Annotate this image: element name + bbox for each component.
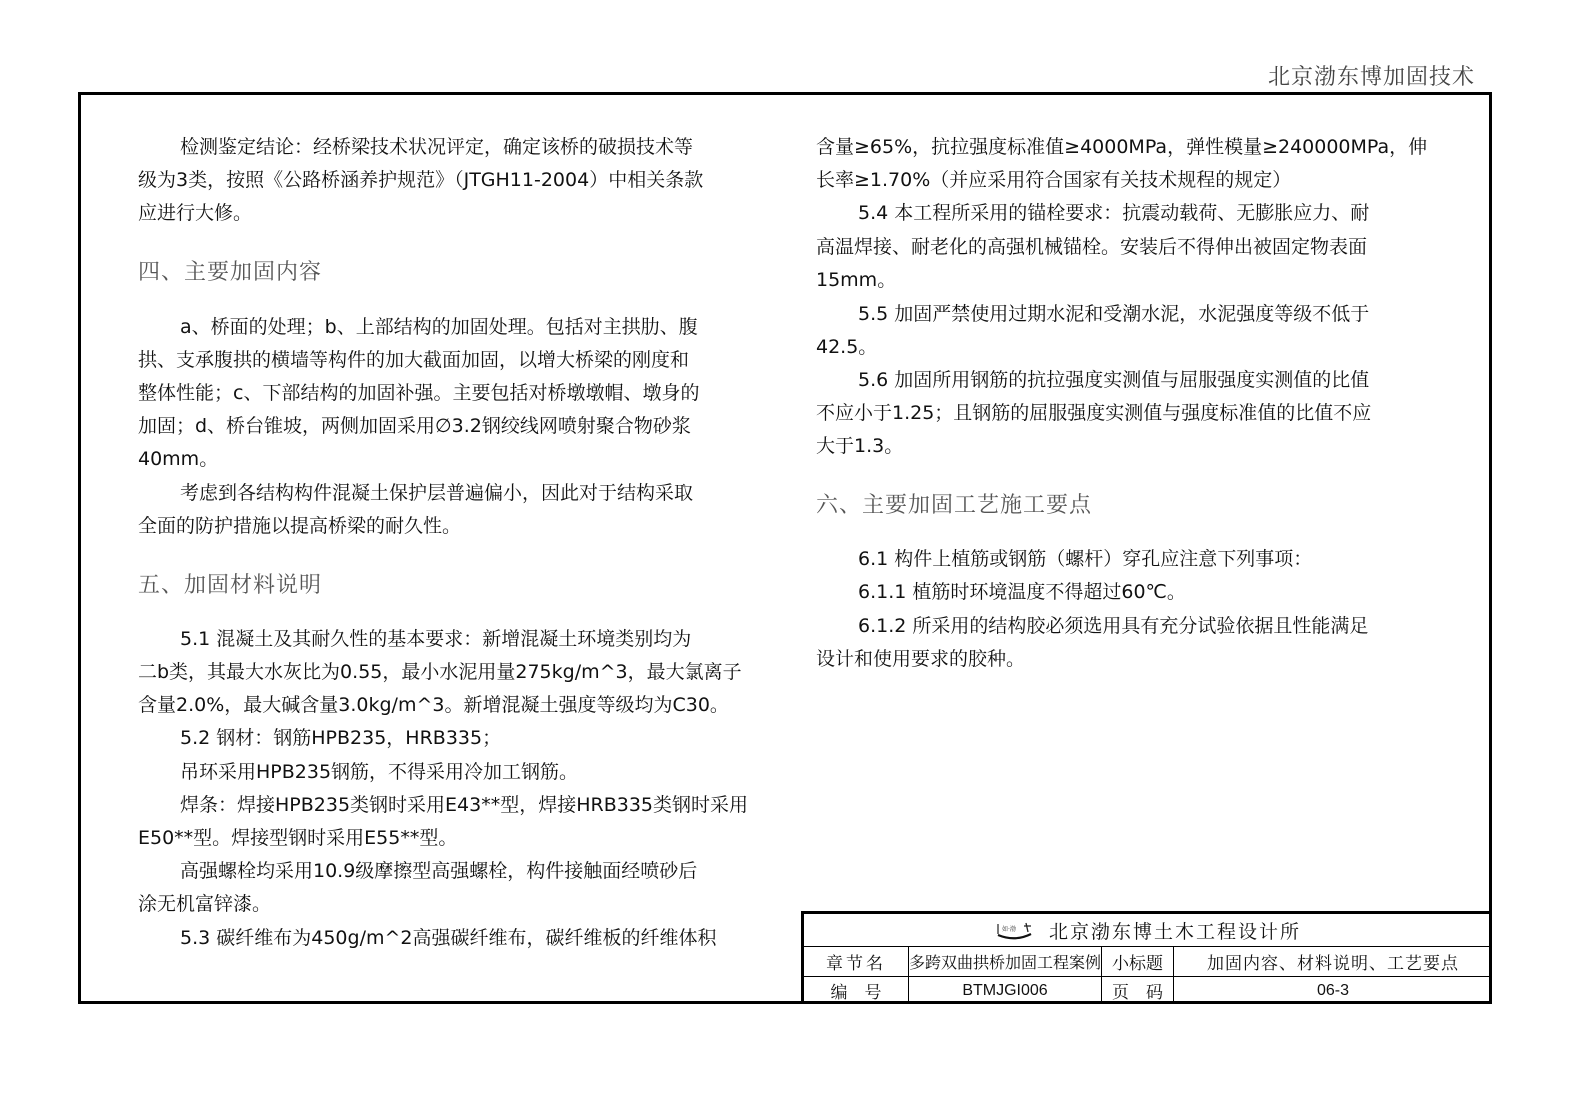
section4-para2-line-2: 全面的防护措施以提高桥梁的耐久性。 — [138, 510, 461, 543]
item-6-1-2-line-2: 设计和使用要求的胶种。 — [816, 643, 1025, 676]
item-5-6-line-2: 不应小于1.25；且钢筋的屈服强度实测值与强度标准值的比值不应 — [816, 397, 1371, 430]
item-5-6-line-3: 大于1.3。 — [816, 430, 903, 463]
section4-heading: 四、主要加固内容 — [138, 255, 322, 286]
item-5-3-cont-line-2: 长率≥1.70%（并应采用符合国家有关技术规程的规定） — [816, 164, 1291, 197]
item-6-1-1: 6.1.1 植筋时环境温度不得超过60℃。 — [858, 576, 1186, 609]
chapter-value: 多跨双曲拱桥加固工程案例 — [909, 947, 1101, 976]
conclusion-line-1: 检测鉴定结论：经桥梁技术状况评定，确定该桥的破损技术等 — [180, 131, 693, 164]
item-5-2-bolts-line-1: 高强螺栓均采用10.9级摩擦型高强螺栓，构件接触面经喷砂后 — [180, 855, 697, 888]
item-5-1-line-2: 二b类，其最大水灰比为0.55，最小水泥用量275kg/m^3，最大氯离子 — [138, 656, 742, 689]
subtitle-label: 小标题 — [1102, 947, 1173, 976]
chapter-label: 章节名 — [804, 947, 908, 976]
company-header: 北京渤东博加固技术 — [1268, 60, 1475, 91]
subtitle-value: 加固内容、材料说明、工艺要点 — [1174, 947, 1492, 976]
item-5-1-line-1: 5.1 混凝土及其耐久性的基本要求：新增混凝土环境类别均为 — [180, 623, 691, 656]
item-5-4-line-1: 5.4 本工程所采用的锚栓要求：抗震动载荷、无膨胀应力、耐 — [858, 197, 1369, 230]
title-block-firm-row: 如·渤 北京渤东博土木工程设计所 — [804, 914, 1492, 947]
item-5-3-cont-line-1: 含量≥65%，抗拉强度标准值≥4000MPa，弹性模量≥240000MPa，伸 — [816, 131, 1427, 164]
item-5-2-lifting-ring: 吊环采用HPB235钢筋，不得采用冷加工钢筋。 — [180, 756, 578, 789]
item-5-1-line-3: 含量2.0%，最大碱含量3.0kg/m^3。新增混凝土强度等级均为C30。 — [138, 689, 729, 722]
item-5-5-line-2: 42.5。 — [816, 331, 877, 364]
section4-para1-line-2: 拱、支承腹拱的横墙等构件的加大截面加固，以增大桥梁的刚度和 — [138, 344, 689, 377]
item-5-4-line-2: 高温焊接、耐老化的高强机械锚栓。安装后不得伸出被固定物表面 — [816, 231, 1367, 264]
item-5-4-line-3: 15mm。 — [816, 264, 896, 297]
item-5-2-bolts-line-2: 涂无机富锌漆。 — [138, 888, 271, 921]
item-5-6-line-1: 5.6 加固所用钢筋的抗拉强度实测值与屈服强度实测值的比值 — [858, 364, 1369, 397]
item-5-2-welding-line-1: 焊条：焊接HPB235类钢时采用E43**型，焊接HRB335类钢时采用 — [180, 789, 748, 822]
section4-para1-line-3: 整体性能；c、下部结构的加固补强。主要包括对桥墩墩帽、墩身的 — [138, 377, 699, 410]
firm-logo-icon: 如·渤 — [995, 920, 1035, 940]
item-5-2-welding-line-2: E50**型。焊接型钢时采用E55**型。 — [138, 822, 457, 855]
firm-name: 北京渤东博土木工程设计所 — [1049, 917, 1301, 944]
section4-para1-line-1: a、桥面的处理；b、上部结构的加固处理。包括对主拱肋、腹 — [180, 311, 698, 344]
section4-para2-line-1: 考虑到各结构构件混凝土保护层普遍偏小，因此对于结构采取 — [180, 477, 693, 510]
title-block: 如·渤 北京渤东博土木工程设计所 章节名 多跨双曲拱桥加固工程案例 小标题 加固… — [801, 911, 1492, 1004]
conclusion-line-2: 级为3类，按照《公路桥涵养护规范》（JTGH11-2004）中相关条款 — [138, 164, 703, 197]
item-6-1: 6.1 构件上植筋或钢筋（螺杆）穿孔应注意下列事项： — [858, 543, 1312, 576]
page-label: 页 码 — [1102, 977, 1173, 1004]
conclusion-line-3: 应进行大修。 — [138, 197, 252, 230]
number-label: 编 号 — [804, 977, 908, 1004]
section4-para1-line-5: 40mm。 — [138, 443, 218, 476]
drawing-frame: 检测鉴定结论：经桥梁技术状况评定，确定该桥的破损技术等 级为3类，按照《公路桥涵… — [78, 92, 1492, 1004]
item-6-1-2-line-1: 6.1.2 所采用的结构胶必须选用具有充分试验依据且性能满足 — [858, 610, 1368, 643]
item-5-2: 5.2 钢材：钢筋HPB235，HRB335； — [180, 722, 501, 755]
section6-heading: 六、主要加固工艺施工要点 — [816, 488, 1092, 519]
section5-heading: 五、加固材料说明 — [138, 568, 322, 599]
number-value: BTMJGI006 — [909, 977, 1101, 1004]
page-value: 06-3 — [1174, 977, 1492, 1004]
item-5-5-line-1: 5.5 加固严禁使用过期水泥和受潮水泥，水泥强度等级不低于 — [858, 298, 1369, 331]
section4-para1-line-4: 加固；d、桥台锥坡，两侧加固采用∅3.2钢绞线网喷射聚合物砂浆 — [138, 410, 691, 443]
svg-text:如·渤: 如·渤 — [1002, 925, 1016, 933]
item-5-3-start: 5.3 碳纤维布为450g/m^2高强碳纤维布，碳纤维板的纤维体积 — [180, 922, 717, 955]
